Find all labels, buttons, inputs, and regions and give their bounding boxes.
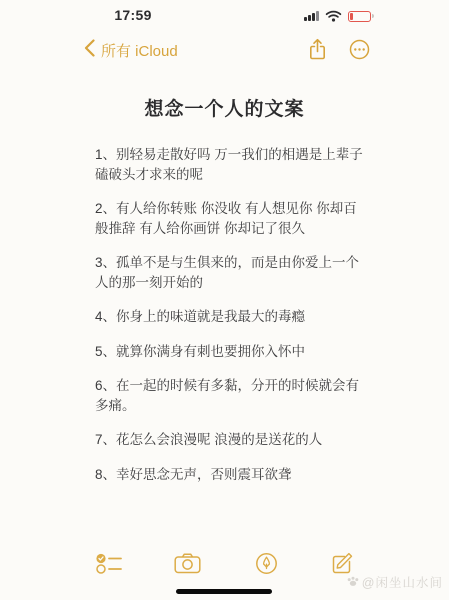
watermark: @闲坐山水间 (346, 573, 443, 591)
note-line: 7、花怎么会浪漫呢 浪漫的是送花的人 (95, 430, 369, 450)
note-title: 想念一个人的文案 (0, 94, 449, 121)
chevron-left-icon (84, 39, 95, 61)
cellular-signal-icon (304, 11, 319, 21)
battery-low-icon (348, 11, 371, 22)
note-line: 1、别轻易走散好吗 万一我们的相遇是上辈子磕破头才求来的呢 (95, 145, 369, 184)
note-body[interactable]: 1、别轻易走散好吗 万一我们的相遇是上辈子磕破头才求来的呢 2、有人给你转账 你… (95, 145, 369, 499)
nav-actions (308, 38, 370, 66)
note-line: 5、就算你满身有刺也要拥你入怀中 (95, 342, 369, 362)
note-line: 8、幸好思念无声，否则震耳欲聋 (95, 465, 369, 485)
status-bar: 17:59 (0, 7, 449, 27)
ellipsis-circle-icon[interactable] (349, 39, 370, 65)
share-icon[interactable] (308, 38, 327, 66)
back-button-label: 所有 iCloud (101, 40, 178, 61)
nav-bar: 所有 iCloud (0, 36, 449, 66)
note-line: 4、你身上的味道就是我最大的毒瘾 (95, 307, 369, 327)
paw-icon (346, 574, 360, 591)
back-button[interactable]: 所有 iCloud (84, 39, 178, 61)
wifi-icon (325, 10, 342, 22)
status-time: 17:59 (98, 7, 168, 23)
checklist-icon[interactable] (95, 552, 122, 580)
status-icons (304, 10, 371, 22)
markup-icon[interactable] (255, 552, 278, 580)
home-indicator[interactable] (176, 589, 272, 594)
watermark-text: @闲坐山水间 (362, 573, 443, 591)
note-line: 3、孤单不是与生俱来的，而是由你爱上一个人的那一刻开始的 (95, 253, 369, 292)
note-line: 6、在一起的时候有多黏，分开的时候就会有多痛。 (95, 376, 369, 415)
note-line: 2、有人给你转账 你没收 有人想见你 你却百般推辞 有人给你画饼 你却记了很久 (95, 199, 369, 238)
camera-icon[interactable] (174, 552, 201, 579)
